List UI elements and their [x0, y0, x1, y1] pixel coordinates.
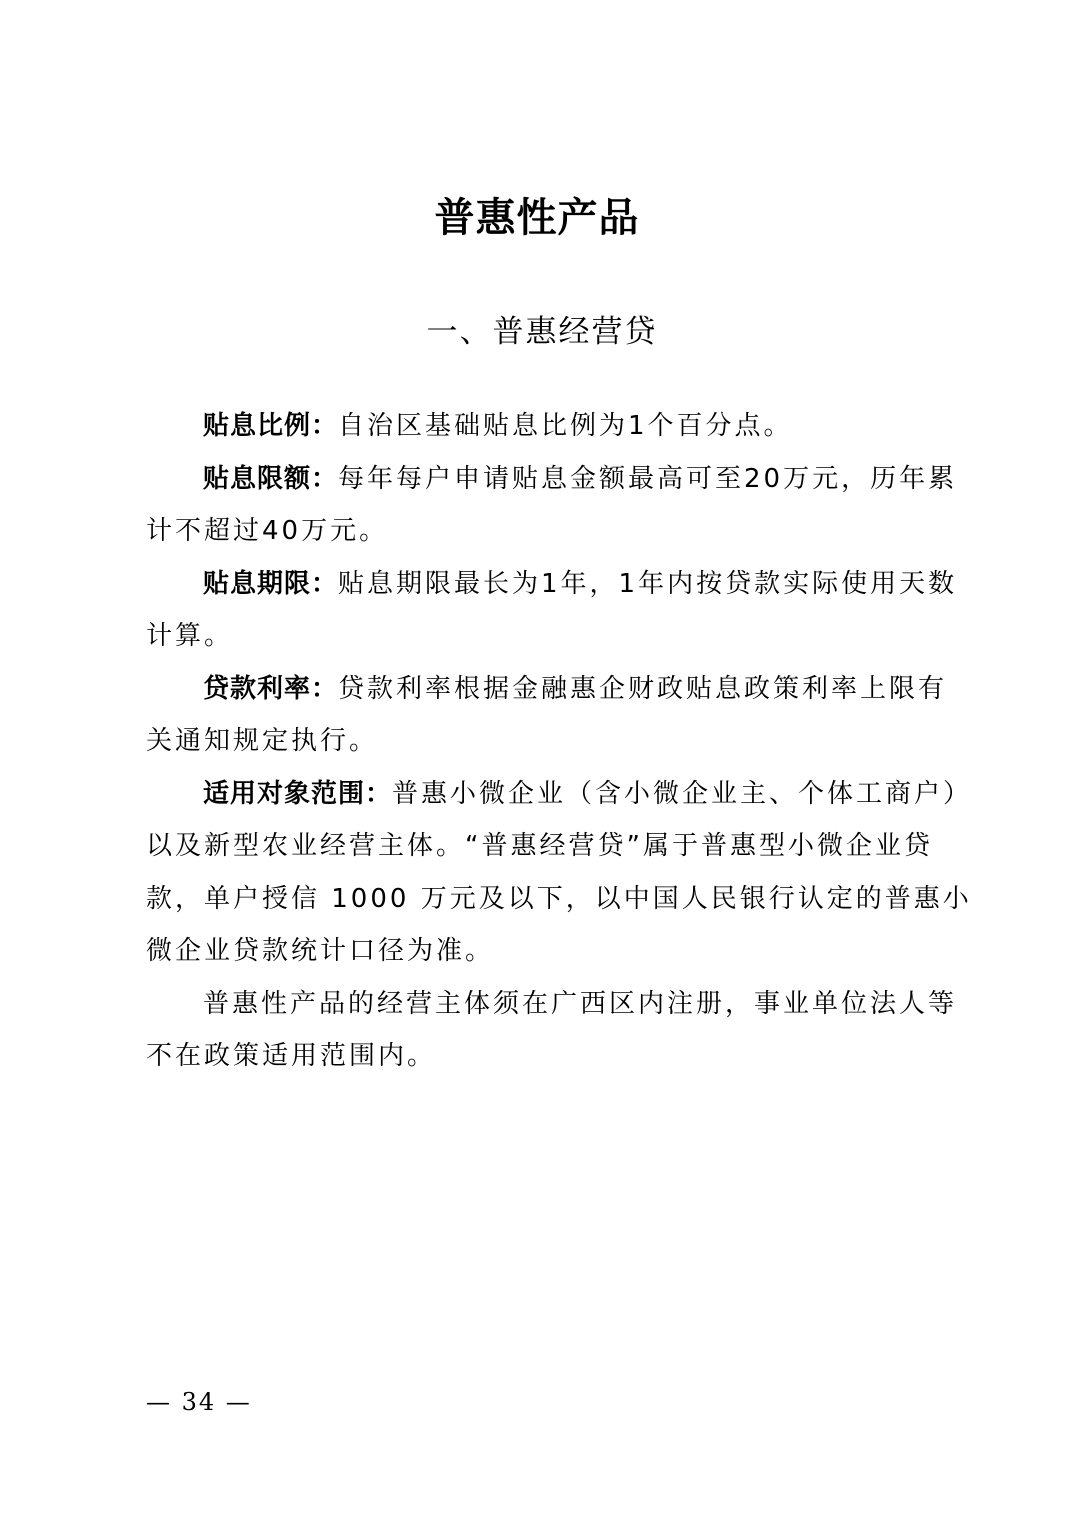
paragraph-continuation: 不在政策适用范围内。 [146, 1032, 946, 1085]
paragraph-text: 贴息期限最长为1年，1年内按贷款实际使用天数 [338, 569, 957, 599]
paragraph-continuation: 计不超过40万元。 [146, 507, 946, 560]
paragraph-continuation: 款，单户授信 1000 万元及以下，以中国人民银行认定的普惠小 [146, 875, 946, 928]
paragraph-label: 贷款利率： [203, 674, 338, 704]
paragraph-continuation: 计算。 [146, 612, 946, 665]
paragraph-text: 普惠小微企业（含小微企业主、个体工商户） [392, 779, 972, 809]
page-number: — 34 — [146, 1386, 252, 1418]
paragraph-label: 贴息比例： [203, 411, 338, 441]
paragraph-label: 贴息限额： [203, 464, 338, 494]
page-title: 普惠性产品 [0, 192, 1074, 244]
paragraph-subsidy-limit: 贴息限额：每年每户申请贴息金额最高可至20万元，历年累 [146, 455, 946, 508]
paragraph-text: 每年每户申请贴息金额最高可至20万元，历年累 [338, 464, 957, 494]
paragraph-text: 贷款利率根据金融惠企财政贴息政策利率上限有 [338, 674, 947, 704]
document-body: 贴息比例：自治区基础贴息比例为1个百分点。 贴息限额：每年每户申请贴息金额最高可… [146, 402, 946, 1085]
paragraph-registration-note: 普惠性产品的经营主体须在广西区内注册，事业单位法人等 [146, 980, 946, 1033]
paragraph-loan-rate: 贷款利率：贷款利率根据金融惠企财政贴息政策利率上限有 [146, 665, 946, 718]
section-heading: 一、普惠经营贷 [0, 310, 1074, 354]
paragraph-text: 自治区基础贴息比例为1个百分点。 [338, 411, 793, 441]
paragraph-continuation: 以及新型农业经营主体。“普惠经营贷”属于普惠型小微企业贷 [146, 822, 946, 875]
paragraph-subsidy-ratio: 贴息比例：自治区基础贴息比例为1个百分点。 [146, 402, 946, 455]
document-page: 普惠性产品 一、普惠经营贷 贴息比例：自治区基础贴息比例为1个百分点。 贴息限额… [0, 0, 1074, 1520]
paragraph-subsidy-term: 贴息期限：贴息期限最长为1年，1年内按贷款实际使用天数 [146, 560, 946, 613]
paragraph-eligible-scope: 适用对象范围：普惠小微企业（含小微企业主、个体工商户） [146, 770, 946, 823]
paragraph-continuation: 关通知规定执行。 [146, 717, 946, 770]
paragraph-continuation: 微企业贷款统计口径为准。 [146, 927, 946, 980]
paragraph-label: 适用对象范围： [203, 779, 392, 809]
paragraph-label: 贴息期限： [203, 569, 338, 599]
